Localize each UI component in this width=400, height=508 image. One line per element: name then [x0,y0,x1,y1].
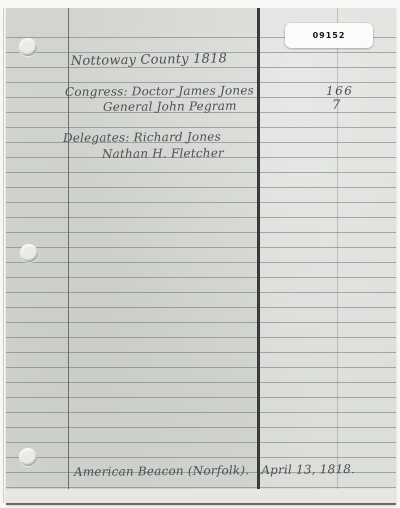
underlying-sheet-edge [3,8,4,503]
center-divider-line [257,8,260,503]
left-margin-line [68,8,69,503]
delegates-candidate-2: Nathan H. Fletcher [102,146,224,161]
county-year-heading: Nottoway County 1818 [71,51,227,69]
delegates-candidate-1: Delegates: Richard Jones [63,130,221,145]
congress-candidate-2: General John Pegram [103,99,237,114]
catalog-number-label: 09152 [285,23,373,48]
congress-candidate-1-votes: 166 [326,84,353,98]
catalog-number: 09152 [313,31,346,40]
congress-candidate-1: Congress: Doctor James Jones [65,83,254,99]
punch-hole-top [19,38,37,56]
page-bottom-edge [6,489,396,503]
source-citation: American Beacon (Norfolk). April 13, 181… [74,462,355,479]
punch-hole-bottom [19,448,37,466]
congress-candidate-2-votes: 7 [332,98,340,113]
scanned-ledger-page: 09152 Nottoway County 1818 Congress: Doc… [0,0,400,508]
punch-hole-middle [20,244,38,262]
right-column-line [337,8,338,503]
